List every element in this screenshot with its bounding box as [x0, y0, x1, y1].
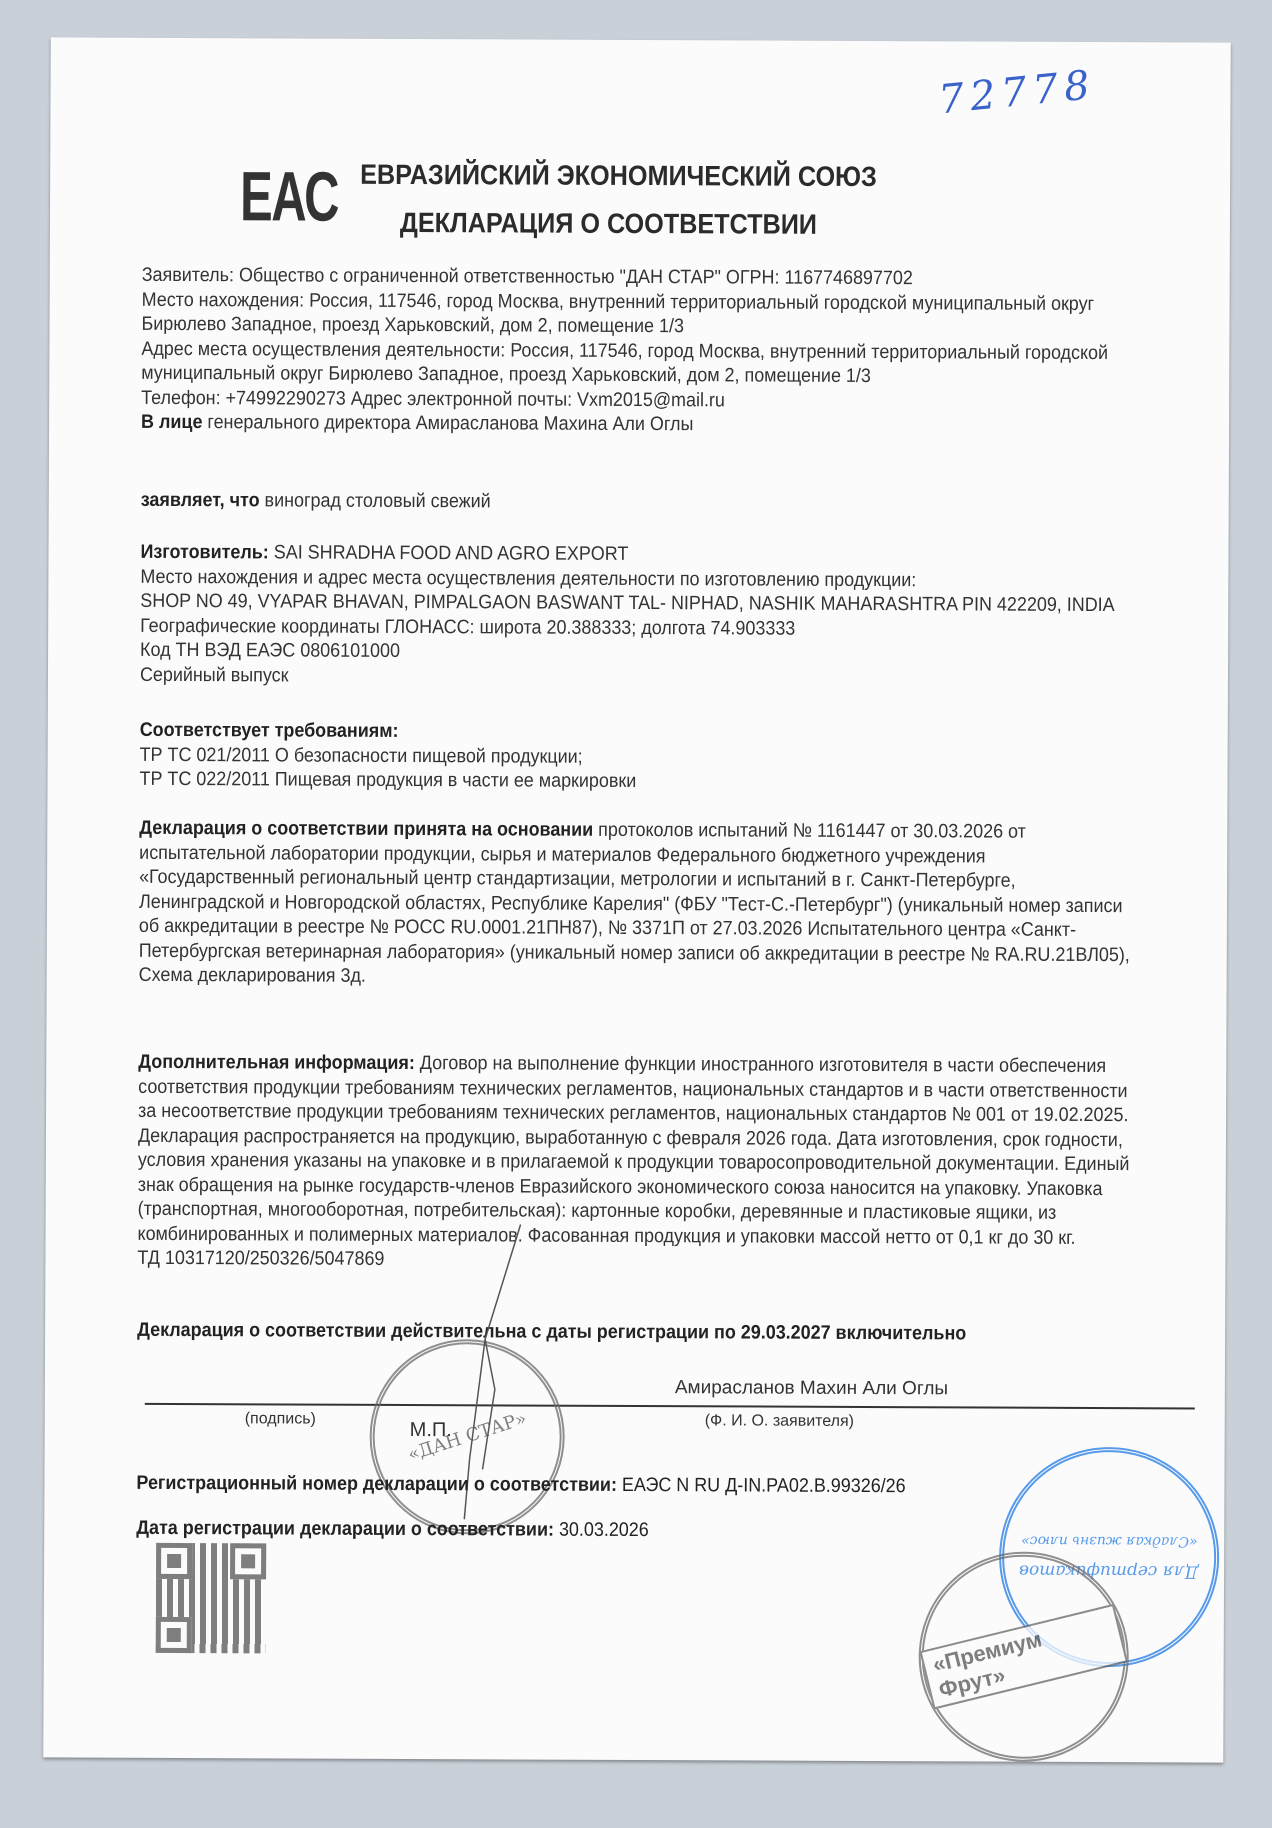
- requirement-item: ТР ТС 022/2011 Пищевая продукция в части…: [139, 767, 1142, 796]
- signature-caption: (подпись): [245, 1410, 316, 1428]
- signatory-name: Амирасланов Махин Али Оглы: [675, 1377, 948, 1400]
- name-caption: (Ф. И. О. заявителя): [705, 1412, 854, 1431]
- represented-label: В лице: [141, 411, 202, 433]
- handwritten-number: 72778: [937, 62, 1098, 124]
- basis-label: Декларация о соответствии принята на осн…: [139, 817, 593, 841]
- additional-text: Договор на выполнение функции иностранно…: [137, 1052, 1129, 1248]
- additional-info-block: Дополнительная информация: Договор на вы…: [137, 1050, 1141, 1275]
- premium-stamp-text: «Премиум Фрут»: [919, 1604, 1128, 1710]
- blue-stamp-text: «Сладкая жизнь плюс»: [1021, 1533, 1197, 1550]
- qr-finder: [230, 1543, 266, 1579]
- declares-block: заявляет, что виноград столовый свежий: [141, 488, 1144, 517]
- requirements-label: Соответствует требованиям:: [140, 718, 1143, 747]
- document-title: ДЕКЛАРАЦИЯ О СООТВЕТСТВИИ: [400, 207, 817, 241]
- registration-date-label: Дата регистрации декларации о соответств…: [136, 1517, 554, 1541]
- requirements-block: Соответствует требованиям: ТР ТС 021/201…: [139, 718, 1142, 796]
- declares-label: заявляет, что: [141, 489, 260, 512]
- represented-value: генерального директора Амирасланова Махи…: [202, 411, 693, 435]
- applicant-location: Место нахождения: Россия, 117546, город …: [141, 287, 1144, 340]
- applicant-line: Заявитель: Общество с ограниченной ответ…: [142, 263, 1145, 292]
- manufacturer-name: SAI SHRADHA FOOD AND AGRO EXPORT: [269, 541, 629, 565]
- signature-line: [145, 1403, 1195, 1410]
- union-title: ЕВРАЗИЙСКИЙ ЭКОНОМИЧЕСКИЙ СОЮЗ: [360, 159, 877, 193]
- applicant-activity-address: Адрес места осуществления деятельности: …: [141, 336, 1144, 389]
- registration-date: Дата регистрации декларации о соответств…: [136, 1516, 1139, 1545]
- registration-date-value: 30.03.2026: [554, 1519, 649, 1541]
- premium-fruit-stamp: «Премиум Фрут»: [918, 1551, 1129, 1762]
- manufacturer-label: Изготовитель:: [140, 541, 268, 564]
- qr-finder: [156, 1543, 192, 1579]
- registration-number: Регистрационный номер декларации о соотв…: [136, 1471, 1139, 1500]
- manufacturer-block: Изготовитель: SAI SHRADHA FOOD AND AGRO …: [140, 540, 1143, 691]
- manufacturer-address: SHOP NO 49, VYAPAR BHAVAN, PIMPALGAON BA…: [140, 589, 1143, 618]
- represented-by: В лице генерального директора Амираслано…: [141, 410, 1144, 439]
- validity-statement: Декларация о соответствии действительна …: [137, 1318, 1140, 1347]
- basis-text: протоколов испытаний № 1161447 от 30.03.…: [139, 819, 1130, 987]
- product-name: виноград столовый свежий: [260, 489, 491, 512]
- customs-declaration: ТД 10317120/250326/5047869: [137, 1246, 1140, 1275]
- eac-logo: ЕАС: [240, 156, 338, 236]
- declaration-page: 72778 ЕАС ЕВРАЗИЙСКИЙ ЭКОНОМИЧЕСКИЙ СОЮЗ…: [43, 37, 1230, 1762]
- applicant-block: Заявитель: Общество с ограниченной ответ…: [141, 263, 1145, 439]
- additional-label: Дополнительная информация:: [138, 1051, 415, 1074]
- qr-code: [156, 1543, 266, 1653]
- tn-ved-code: Код ТН ВЭД ЕАЭС 0806101000: [140, 638, 1143, 667]
- registration-number-value: ЕАЭС N RU Д-IN.РА02.В.99326/26: [617, 1474, 906, 1497]
- registration-number-label: Регистрационный номер декларации о соотв…: [136, 1472, 617, 1496]
- basis-block: Декларация о соответствии принята на осн…: [139, 816, 1143, 992]
- production-type: Серийный выпуск: [140, 662, 1143, 691]
- qr-finder: [156, 1617, 192, 1653]
